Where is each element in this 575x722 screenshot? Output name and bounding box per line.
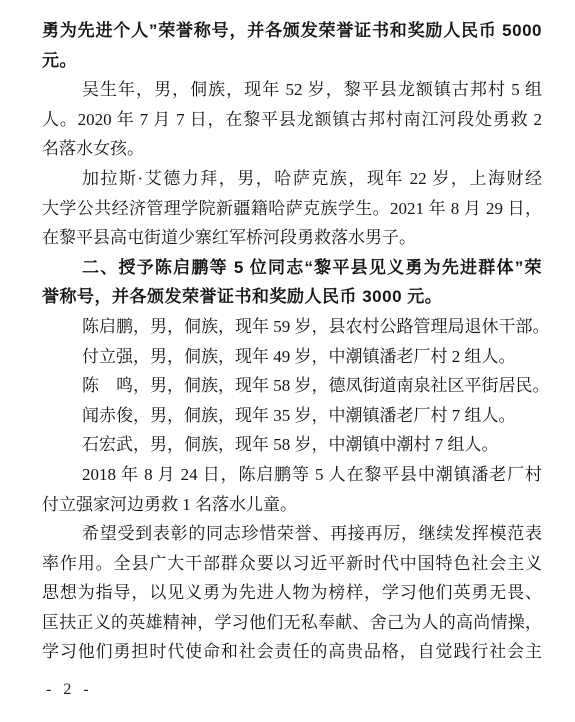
text-line: 2018 年 8 月 24 日，陈启鹏等 5 人在黎平县中潮镇潘老厂村 [42, 460, 542, 490]
text-line: 学习他们勇担时代使命和社会责任的高贵品格，自觉践行社会主 [42, 637, 542, 667]
text-line: 匡扶正义的英雄精神，学习他们无私奉献、舍己为人的高尚情操， [42, 608, 542, 638]
text-line: 元。 [42, 46, 542, 76]
text-line: 人。2020 年 7 月 7 日，在黎平县龙额镇古邦村南江河段处勇救 2 [42, 105, 542, 135]
document-body: 勇为先进个人”荣誉称号，并各颁发荣誉证书和奖励人民币 5000元。吴生年，男，侗… [42, 16, 542, 667]
text-line: 率作用。全县广大干部群众要以习近平新时代中国特色社会主义 [42, 549, 542, 579]
text-line: 付立强家河边勇救 1 名落水儿童。 [42, 490, 542, 520]
text-line: 思想为指导，以见义勇为先进人物为榜样，学习他们英勇无畏、 [42, 578, 542, 608]
text-line: 誉称号，并各颁发荣誉证书和奖励人民币 3000 元。 [42, 282, 542, 312]
text-line: 在黎平县高屯街道少寨红军桥河段勇救落水男子。 [42, 223, 542, 253]
text-line: 陈 鸣，男，侗族，现年 58 岁，德凤街道南泉社区平街居民。 [42, 371, 542, 401]
text-line: 大学公共经济管理学院新疆籍哈萨克族学生。2021 年 8 月 29 日， [42, 194, 542, 224]
text-line: 付立强，男，侗族，现年 49 岁，中潮镇潘老厂村 2 组人。 [42, 342, 542, 372]
document-page: 勇为先进个人”荣誉称号，并各颁发荣誉证书和奖励人民币 5000元。吴生年，男，侗… [0, 0, 575, 722]
text-line: 石宏武，男，侗族，现年 58 岁，中潮镇中潮村 7 组人。 [42, 430, 542, 460]
text-line: 加拉斯·艾德力拜，男，哈萨克族，现年 22 岁，上海财经 [42, 164, 542, 194]
text-line: 闻赤俊，男，侗族，现年 35 岁，中潮镇潘老厂村 7 组人。 [42, 401, 542, 431]
text-line: 希望受到表彰的同志珍惜荣誉、再接再厉，继续发挥模范表 [42, 519, 542, 549]
text-line: 吴生年，男，侗族，现年 52 岁，黎平县龙额镇古邦村 5 组 [42, 75, 542, 105]
page-number: - 2 - [46, 681, 93, 699]
text-line: 陈启鹏，男，侗族，现年 59 岁，县农村公路管理局退休干部。 [42, 312, 542, 342]
text-line: 二、授予陈启鹏等 5 位同志“黎平县见义勇为先进群体”荣 [42, 253, 542, 283]
text-line: 勇为先进个人”荣誉称号，并各颁发荣誉证书和奖励人民币 5000 [42, 16, 542, 46]
text-line: 名落水女孩。 [42, 134, 542, 164]
